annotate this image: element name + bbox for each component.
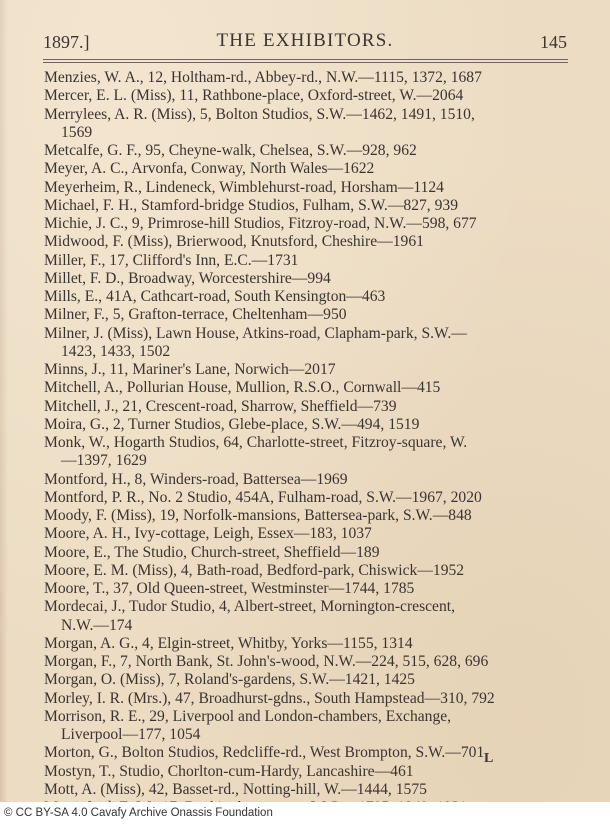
header-double-rule [43,59,568,63]
exhibitor-entry: Montford, P. R., No. 2 Studio, 454A, Ful… [44,489,574,507]
exhibitor-entry: Mitchell, J., 21, Crescent-road, Sharrow… [44,398,574,416]
exhibitor-entry: Meyerheim, R., Lindeneck, Wimblehurst-ro… [44,179,574,197]
exhibitor-entry: Moody, F. (Miss), 19, Norfolk-mansions, … [44,507,574,525]
exhibitor-entry: Morrison, R. E., 29, Liverpool and Londo… [44,708,574,726]
exhibitor-entry: Moore, A. H., Ivy-cottage, Leigh, Essex—… [44,525,574,543]
exhibitor-entry: Michael, F. H., Stamford-bridge Studios,… [44,197,574,215]
book-page: 1897.] THE EXHIBITORS. 145 Menzies, W. A… [0,0,610,802]
exhibitor-entry-continuation: —1397, 1629 [44,452,574,470]
exhibitor-entry: Menzies, W. A., 12, Holtham-rd., Abbey-r… [44,69,574,87]
exhibitor-entry: Morgan, O. (Miss), 7, Roland's-gardens, … [44,671,574,689]
exhibitor-entry: Mitchell, A., Pollurian House, Mullion, … [44,379,574,397]
exhibitor-entry: Montford, H., 8, Winders-road, Battersea… [44,471,574,489]
running-header: 1897.] THE EXHIBITORS. 145 [43,30,567,52]
exhibitor-entry: Mills, E., 41A, Cathcart-road, South Ken… [44,288,574,306]
exhibitor-entry: Minns, J., 11, Mariner's Lane, Norwich—2… [44,361,574,379]
exhibitor-entry: Morton, G., Bolton Studios, Redcliffe-rd… [44,744,574,762]
exhibitor-entry: Midwood, F. (Miss), Brierwood, Knutsford… [44,233,574,251]
exhibitor-entry: Milner, J. (Miss), Lawn House, Atkins-ro… [44,325,574,343]
exhibitor-entry: Mercer, E. L. (Miss), 11, Rathbone-place… [44,87,574,105]
exhibitor-entry: Milner, F., 5, Grafton-terrace, Cheltenh… [44,306,574,324]
exhibitor-entry-continuation: 1569 [44,124,574,142]
exhibitor-entry: Moore, T., 37, Old Queen-street, Westmin… [44,580,574,598]
exhibitor-entry-continuation: 1423, 1433, 1502 [44,343,574,361]
exhibitor-entry: Michie, J. C., 9, Primrose-hill Studios,… [44,215,574,233]
exhibitor-entry: Mostyn, T., Studio, Chorlton-cum-Hardy, … [44,763,574,781]
exhibitor-entry: Morgan, F., 7, North Bank, St. John's-wo… [44,653,574,671]
exhibitor-entry: Moore, E. M. (Miss), 4, Bath-road, Bedfo… [44,562,574,580]
exhibitor-entry-continuation: N.W.—174 [44,617,574,635]
exhibitor-entry-continuation: Liverpool—177, 1054 [44,726,574,744]
license-credit: © CC BY-SA 4.0 Cavafy Archive Onassis Fo… [4,807,273,819]
page-number: 145 [540,32,567,53]
exhibitor-entry: Mott, A. (Miss), 42, Basset-rd., Notting… [44,781,574,799]
exhibitor-entry: Moira, G., 2, Turner Studios, Glebe-plac… [44,416,574,434]
exhibitor-entry: Meyer, A. C., Arvonfa, Conway, North Wal… [44,160,574,178]
exhibitor-entry: Metcalfe, G. F., 95, Cheyne-walk, Chelse… [44,142,574,160]
exhibitor-entry: Merrylees, A. R. (Miss), 5, Bolton Studi… [44,106,574,124]
exhibitor-entry: Millet, F. D., Broadway, Worcestershire—… [44,270,574,288]
footer-bar: © CC BY-SA 4.0 Cavafy Archive Onassis Fo… [0,802,610,827]
exhibitor-entry: Mordecai, J., Tudor Studio, 4, Albert-st… [44,598,574,616]
exhibitor-entry: Miller, F., 17, Clifford's Inn, E.C.—173… [44,252,574,270]
page-title: THE EXHIBITORS. [43,30,567,52]
exhibitor-entry: Moore, E., The Studio, Church-street, Sh… [44,544,574,562]
exhibitor-entry: Monk, W., Hogarth Studios, 64, Charlotte… [44,434,574,452]
signature-mark: L [484,751,493,767]
exhibitor-list: Menzies, W. A., 12, Holtham-rd., Abbey-r… [44,69,574,817]
exhibitor-entry: Morgan, A. G., 4, Elgin-street, Whitby, … [44,635,574,653]
exhibitor-entry: Morley, I. R. (Mrs.), 47, Broadhurst-gdn… [44,690,574,708]
